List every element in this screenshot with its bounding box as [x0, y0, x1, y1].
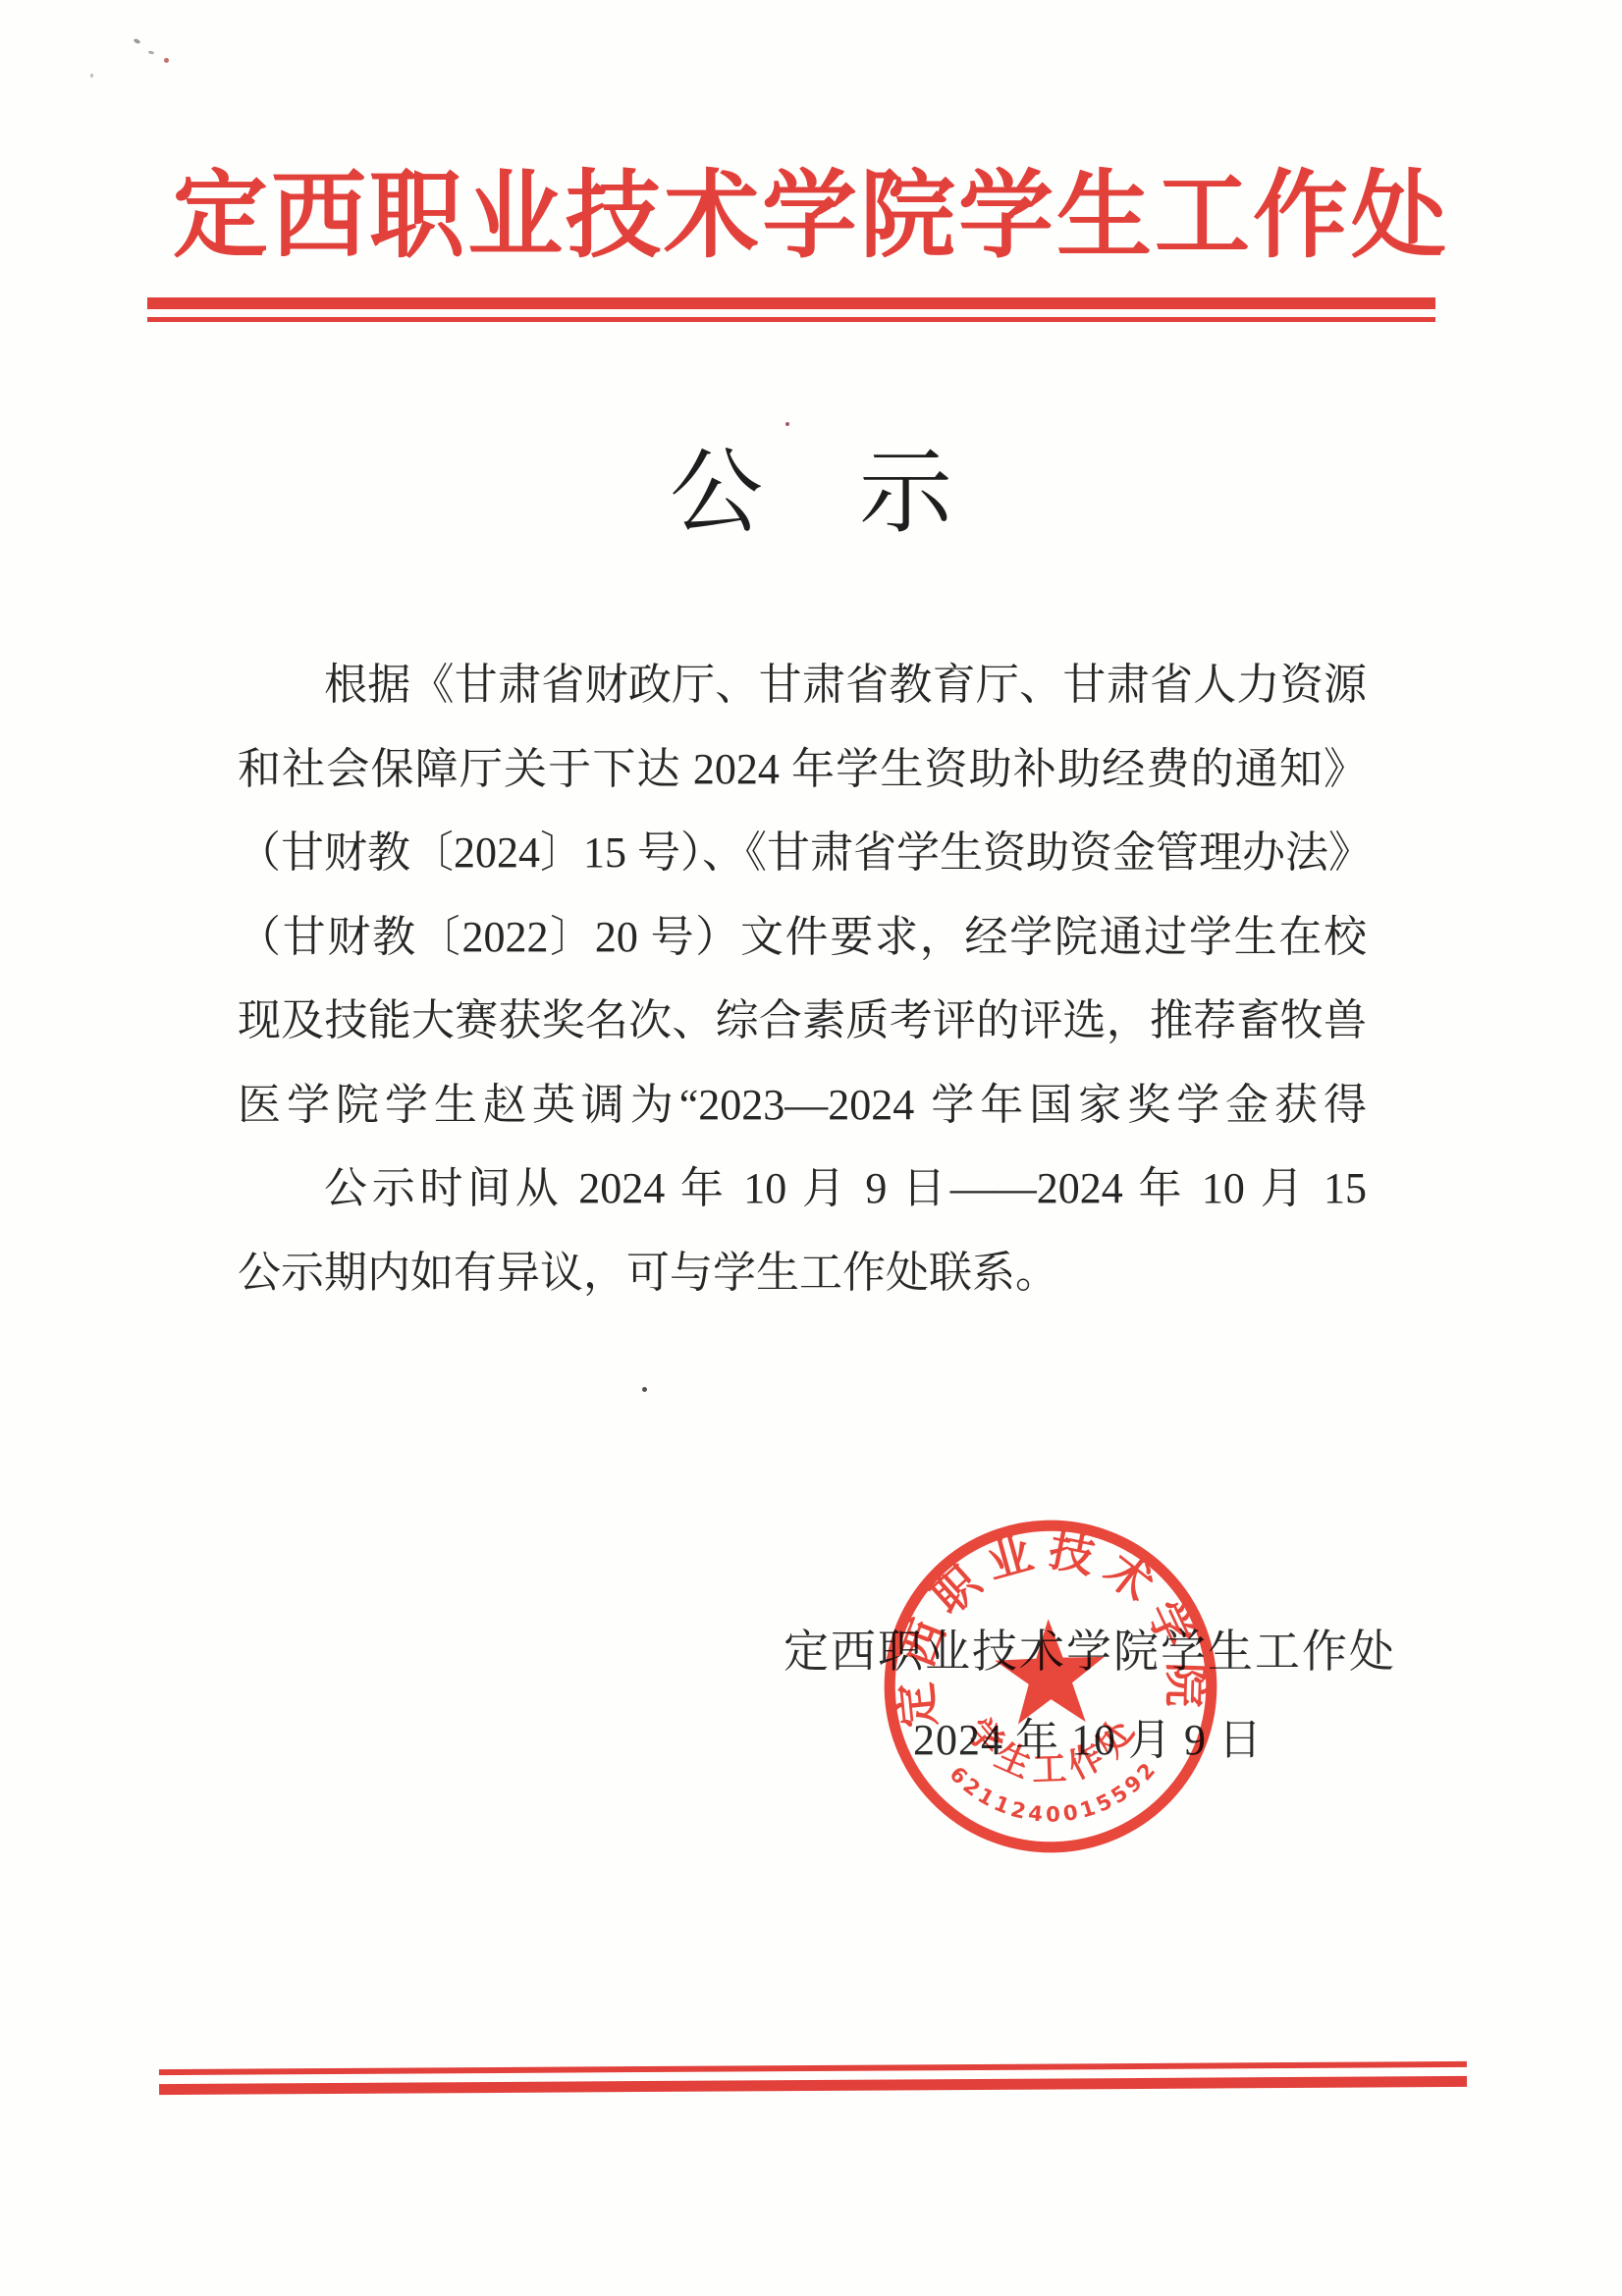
body-line: 现及技能大赛获奖名次、综合素质考评的评选，推荐畜牧兽: [238, 979, 1367, 1063]
star-icon: [994, 1617, 1107, 1725]
scan-speck: [148, 50, 154, 54]
body-line: 公示时间从 2024 年 10 月 9 日——2024 年 10 月 15 日。: [238, 1147, 1367, 1231]
body-line: （甘财教〔2022〕20 号）文件要求，经学院通过学生在校表: [238, 895, 1367, 980]
official-seal-stamp: 定西职业技术学院 学生工作处 6211240015592: [866, 1502, 1235, 1871]
seal-bottom-text: 学生工作处: [958, 1705, 1148, 1791]
seal-graphic: 定西职业技术学院 学生工作处 6211240015592: [866, 1502, 1235, 1871]
announcement-document: 定西职业技术学院学生工作处 公 示 根据《甘肃省财政厅、甘肃省教育厅、甘肃省人力…: [0, 0, 1622, 2296]
letterhead-rule-thin: [147, 317, 1435, 322]
body-line: 医学院学生赵英调为“2023—2024 学年国家奖学金获得者”。: [238, 1063, 1367, 1148]
body-text: 根据《甘肃省财政厅、甘肃省教育厅、甘肃省人力资源 和社会保障厅关于下达 2024…: [238, 643, 1367, 1314]
letterhead-rule-thick: [147, 297, 1435, 309]
svg-text:学生工作处: 学生工作处: [958, 1705, 1148, 1791]
scan-speck: [785, 422, 789, 426]
letterhead-title: 定西职业技术学院学生工作处: [0, 165, 1622, 270]
scan-speck: [642, 1387, 647, 1392]
scan-speck: [90, 74, 93, 78]
body-line: （甘财教〔2024〕15 号）、《甘肃省学生资助资金管理办法》: [238, 811, 1367, 895]
footer-rules: [159, 2061, 1467, 2095]
document-title-char: 示: [859, 440, 952, 547]
scan-speck: [133, 38, 140, 45]
document-title: 公 示: [0, 440, 1622, 547]
document-title-char: 公: [670, 440, 763, 547]
scan-speck: [164, 58, 169, 63]
body-line: 公示期内如有异议，可与学生工作处联系。: [238, 1231, 1367, 1315]
body-line: 根据《甘肃省财政厅、甘肃省教育厅、甘肃省人力资源: [238, 643, 1367, 727]
body-line: 和社会保障厅关于下达 2024 年学生资助补助经费的通知》: [238, 727, 1367, 812]
